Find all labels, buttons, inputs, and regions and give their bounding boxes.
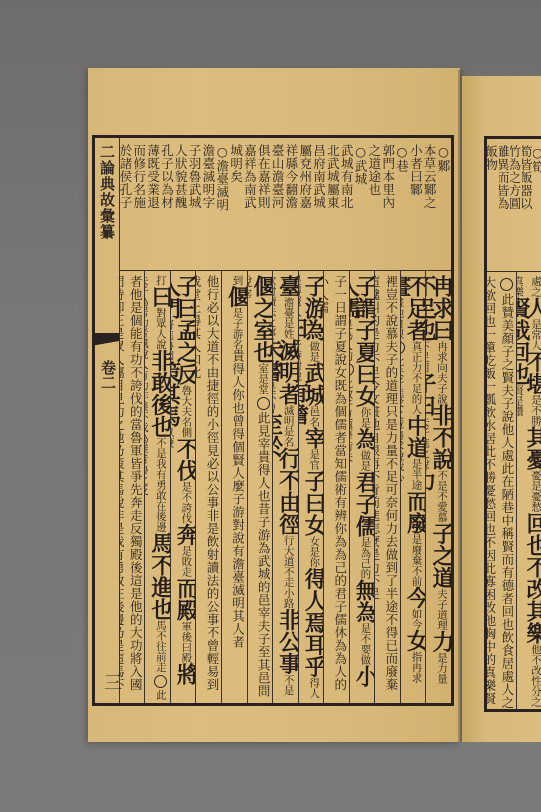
commentary-text: 是不曾 xyxy=(272,382,277,414)
commentary-text: 馬不往前走 xyxy=(155,620,167,673)
annotation-column: 子羽魯武城 xyxy=(188,138,202,270)
main-text: 力 xyxy=(429,631,451,653)
main-text: 子之道 xyxy=(429,523,451,589)
commentary-text: 他行必以大道不由捷徑的小徑見必以公事非是飲射讀法的公事不曾輕易到我堂上得其人如此 xyxy=(195,275,220,691)
fish-tail-mark xyxy=(95,333,119,353)
commentary-text: 做是 xyxy=(308,341,320,362)
commentary-text: 對眾人說 xyxy=(155,308,167,350)
commentary-text: 夫子道理 xyxy=(436,589,448,631)
text-column: 冉求曰冉求向夫子說非不說不是不愛慕子之道夫子道理力是力量不足也不足用子曰夫子進之… xyxy=(425,271,451,703)
commentary-text: 憂是憂愁 xyxy=(530,470,541,512)
main-text: 無為 xyxy=(352,579,374,623)
annotation-column: ○澹臺滅明 xyxy=(216,138,230,270)
commentary-text: 此夫子進求之意冉求說我心 xyxy=(400,356,405,482)
main-text: 子曰女 xyxy=(301,470,323,536)
right-top-annotation-band: ○筍筍皆飯器以竹為之方圓雖異而皆為飯物 xyxy=(487,139,541,272)
main-text: 而廢 xyxy=(403,490,425,534)
main-text: 策其馬 xyxy=(170,361,182,427)
annotation-column: 於諸侯孔子 xyxy=(119,138,133,270)
commentary-text: 是官 xyxy=(308,449,320,470)
main-text: 未嘗 xyxy=(272,338,284,382)
annotation-column: 昌府南武城 xyxy=(313,138,327,270)
text-column: 子謂子夏曰女你是為做是君子儒是為己的無為是不要做小人儒是為人的此教子夏慎學術夫 xyxy=(349,271,375,703)
main-text: 中道 xyxy=(403,415,425,459)
annotation-column: ○鄹 xyxy=(437,138,451,270)
commentary-text: 女是你 xyxy=(308,536,320,568)
main-text: 宰 xyxy=(301,427,323,449)
commentary-text: 冉求向夫子說 xyxy=(436,341,448,404)
commentary-text: 不足用 xyxy=(425,341,430,373)
page-frame: 二論典故彙纂 卷二 三 ○鄹本草云鄹之小者曰鄹○巷郭門本里內之道途也○武城武城有… xyxy=(92,135,454,706)
commentary-text: 是敗走 xyxy=(180,546,192,578)
text-column: 子游為做是武城邑名宰是官子曰女女是你得人焉耳乎得人是得賢人曰子游對說有澹 xyxy=(298,271,324,703)
commentary-text: 是不誇伐 xyxy=(180,482,192,524)
volume-label: 卷二 xyxy=(98,360,119,390)
annotation-column: 北武城屬東 xyxy=(327,138,341,270)
annotation-column: 雖異而皆為 xyxy=(499,139,511,271)
commentary-text: 如今 xyxy=(410,609,422,630)
annotation-column: 屬兗州府嘉 xyxy=(299,138,313,270)
annotation-column: 竹為之方圓 xyxy=(510,139,522,271)
commentary-text: 以鞭 xyxy=(170,427,175,448)
commentary-text: 裡豈不說慕夫子的道理只是力量不足可奈何力去做到了半途不得已而廢棄這纔叫的是力不足… xyxy=(374,275,399,691)
text-column: 打曰對眾人說非敢後也不是我有勇敢在後邊馬不進也馬不往前走此夫子為居功者諷說人有功… xyxy=(144,271,170,703)
main-text: 非公事 xyxy=(276,609,298,675)
commentary-text: 做是 xyxy=(359,450,371,471)
main-text: 馬不進也 xyxy=(148,532,170,620)
main-text: 回也不改其樂 xyxy=(523,512,541,644)
annotation-column: ○武城 xyxy=(354,138,368,270)
text-column: 此贊美顏子之賢夫子說他人處此在陋巷中稱賢而有德者回也飲食居處人之大欲回也一簞吃飯… xyxy=(487,272,516,709)
commentary-text: 澹臺是姓 xyxy=(283,297,295,339)
annotation-column: 小者曰鄹 xyxy=(410,138,424,270)
commentary-text: 夫子進之說 xyxy=(425,417,430,470)
main-text: 曰 xyxy=(148,286,170,308)
main-text: 賢哉回也 xyxy=(516,297,531,385)
section-circle-mark xyxy=(349,363,354,376)
main-text: 曰 xyxy=(298,317,310,339)
annotation-column: 薄既受業退 xyxy=(147,138,161,270)
commentary-text: 此贊美顏子之賢夫子說他人處此在陋巷中 xyxy=(500,293,515,527)
annotation-column: 臺山澹臺河 xyxy=(271,138,285,270)
annotation-column: 而修行名施 xyxy=(133,138,147,270)
text-column: 子一日謂子夏說女既為個儒者當知儒術有辨你為為己的君子儒休為為人的小人儒 xyxy=(323,271,349,703)
text-column: 臺澹臺是姓滅明者滅明是名行不由徑行大道不走小路非公事不是飲射讀法之事未嘗是不曾至… xyxy=(272,271,298,703)
commentary-text: 子游對說 xyxy=(298,339,303,381)
main-text: 有澹 xyxy=(298,381,310,425)
main-text: 而殿 xyxy=(173,577,195,621)
main-text: 至於 xyxy=(272,414,284,458)
commentary-text: 賢是讚 xyxy=(516,385,524,417)
commentary-text: 貴得人你也曾得個賢人麼子游對說有澹臺滅明其人者 xyxy=(231,350,246,649)
main-text: 女 xyxy=(403,630,425,652)
main-text: 君子儒 xyxy=(352,471,374,537)
commentary-text: 不是我有勇敢在後邊 xyxy=(155,438,167,533)
text-column: 者他是個能有功不誇伐的當魯軍皆爭先奔走反獨殿後這是他的大功將入國門時卻正是眾人屬… xyxy=(119,271,144,703)
section-circle-mark xyxy=(500,278,513,291)
main-text: 偃之室也 xyxy=(250,275,272,363)
text-column: 裡豈不說慕夫子的道理只是力量不足可奈何力去做到了半途不得已而廢棄這纔叫的是力不足… xyxy=(374,271,400,703)
commentary-text: 是子游名 xyxy=(232,308,244,350)
main-text: 子曰 xyxy=(425,373,437,417)
annotation-column: 城明矣 xyxy=(230,138,244,270)
main-text: 非敢後也 xyxy=(148,350,170,438)
commentary-text: 打 xyxy=(155,275,167,286)
right-book-page: ○筍筍皆飯器以竹為之方圓雖異而皆為飯物 處之人是常人不堪是不勝其憂憂是憂愁回也不… xyxy=(462,76,541,742)
commentary-text: 指冉求 xyxy=(410,652,422,684)
text-column: 到偃是子游名貴得人你也曾得個賢人麼子游對說有澹臺滅明其人者 xyxy=(221,271,247,703)
main-text-area: 冉求曰冉求向夫子說非不說不是不愛慕子之道夫子道理力是力量不足也不足用子曰夫子進之… xyxy=(119,271,451,703)
section-circle-mark xyxy=(154,675,167,688)
commentary-text: 到 xyxy=(232,275,244,286)
commentary-text: 是半途 xyxy=(410,459,422,491)
commentary-text: 魯大夫名側 xyxy=(180,385,192,438)
annotation-column: 孔子以為材 xyxy=(161,138,175,270)
right-main-text-area: 處之人是常人不堪是不勝其憂憂是憂愁回也不改其樂他不改性分之真樂賢哉回也賢是讚此贊… xyxy=(487,272,541,709)
commentary-text: 此教子夏慎學術夫 xyxy=(349,378,354,462)
commentary-text: 是不勝 xyxy=(530,395,541,427)
main-text: 不足也 xyxy=(425,275,437,341)
commentary-text: 室是堂 xyxy=(257,363,269,395)
main-text: 臺 xyxy=(276,275,298,297)
commentary-text: 是為人的 xyxy=(349,319,354,361)
main-text: 得人焉耳乎 xyxy=(301,568,323,678)
commentary-text: 邑名 xyxy=(308,406,320,427)
commentary-text: 真正力不足的人 xyxy=(410,341,422,415)
commentary-text: 是常人 xyxy=(530,319,541,351)
commentary-text: 軍後曰殿 xyxy=(180,621,192,663)
commentary-text: 將進魯國 xyxy=(170,319,175,361)
commentary-text: 是力量 xyxy=(436,653,448,685)
commentary-text: 子一日謂子夏說女既為個儒者當知儒術有辨你為為己的君子儒休為為人的小人儒 xyxy=(323,275,348,691)
main-text: 今 xyxy=(403,587,425,609)
main-text: 奔 xyxy=(173,524,195,546)
annotation-column: 本草云鄹之 xyxy=(423,138,437,270)
annotation-column: 武城有南北 xyxy=(340,138,354,270)
commentary-text: 者他是個能有功不誇伐的當魯軍皆爭先奔走反獨殿後這是他的大功將入國門時卻正是眾人屬… xyxy=(119,275,143,691)
text-column: 不足者真正力不足的人中道是半途而廢是廢棄不前今如今女指冉求畫畫地自限此夫子進求之… xyxy=(400,271,426,703)
commentary-text: 行大道不走小路 xyxy=(283,535,295,609)
annotation-column: 郭門本里內 xyxy=(382,138,396,270)
book-title: 二論典故彙纂 xyxy=(97,144,118,240)
main-text: 其憂 xyxy=(523,426,541,470)
annotation-column: 澹臺滅明字 xyxy=(202,138,216,270)
annotation-column: ○筍 xyxy=(533,139,541,271)
main-text: 畫 xyxy=(400,275,412,297)
annotation-column: 嘉祥為南武 xyxy=(244,138,258,270)
commentary-text: 是為己的 xyxy=(359,537,371,579)
left-book-page: 二論典故彙纂 卷二 三 ○鄹本草云鄹之小者曰鄹○巷郭門本里內之道途也○武城武城有… xyxy=(88,68,460,742)
commentary-text: 是不要做 xyxy=(359,623,371,665)
main-text: 偃 xyxy=(225,286,247,308)
commentary-text: 處之 xyxy=(530,276,541,297)
text-column: 子曰孟之反魯大夫名側不伐是不誇伐奔是敗走而殿軍後曰殿將入門將進魯國策其馬以鞭 xyxy=(170,271,196,703)
commentary-text: 不是不愛慕 xyxy=(436,470,448,523)
main-text: 力 xyxy=(425,469,437,491)
main-text: 不伐 xyxy=(173,438,195,482)
top-annotation-band: ○鄹本草云鄹之小者曰鄹○巷郭門本里內之道途也○武城武城有南北北武城屬東昌府南武城… xyxy=(119,138,451,271)
annotation-column: 俱在嘉祥則 xyxy=(257,138,271,270)
page-margin-strip: 二論典故彙纂 卷二 三 xyxy=(95,138,120,703)
annotation-column: 人狀貌甚醜 xyxy=(174,138,188,270)
annotation-column: 之道途也 xyxy=(368,138,382,270)
annotation-column: 筍皆飯器以 xyxy=(522,139,534,271)
text-column: 處之人是常人不堪是不勝其憂憂是憂愁回也不改其樂他不改性分之真樂賢哉回也賢是讚 xyxy=(516,272,541,709)
text-column: 偃之室也室是堂此見宰貴得人也昔子游為武城的邑宰夫子至其邑問說宰 xyxy=(247,271,273,703)
commentary-text: 是廢棄不前 xyxy=(410,534,422,587)
commentary-text: 畫地自限 xyxy=(400,297,405,339)
main-text: 為 xyxy=(352,428,374,450)
section-circle-mark xyxy=(257,397,270,410)
text-column: 他行必以大道不由捷徑的小徑見必以公事非是飲射讀法的公事不曾輕易到我堂上得其人如此 xyxy=(195,271,221,703)
commentary-text: 你是 xyxy=(359,407,371,428)
main-text: 行不由徑 xyxy=(276,447,298,535)
annotation-column: 飯物 xyxy=(487,139,499,271)
annotation-column: 祥縣今翻澹 xyxy=(285,138,299,270)
right-page-frame: ○筍筍皆飯器以竹為之方圓雖異而皆為飯物 處之人是常人不堪是不勝其憂憂是憂愁回也不… xyxy=(484,136,541,712)
section-circle-mark xyxy=(400,341,405,354)
annotation-column: ○巷 xyxy=(396,138,410,270)
commentary-text: 滅明是名 xyxy=(283,405,295,447)
